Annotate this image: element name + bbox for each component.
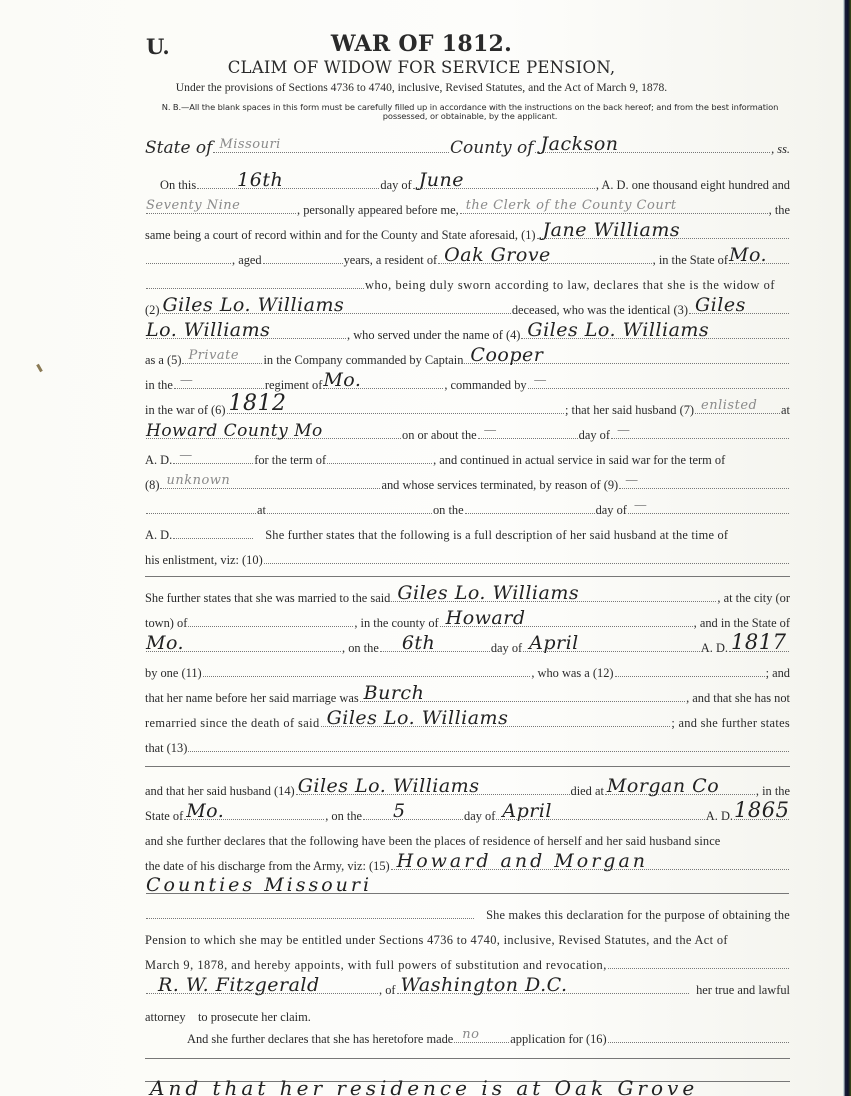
form-line-19: Mo. , on the 6th day of April A. D. 1817 xyxy=(145,641,790,656)
form-line-17: She further states that she was married … xyxy=(145,591,790,606)
line-text: that (13) xyxy=(145,741,187,756)
day-value: 16th xyxy=(237,169,283,191)
death-place: Morgan Co xyxy=(607,775,719,797)
marriage-state: Mo. xyxy=(146,632,184,654)
form-line-32: R. W. Fitzgerald , of Washington D.C. he… xyxy=(145,983,790,998)
regiment-number: — xyxy=(180,373,194,388)
enlist-month-field: — xyxy=(611,429,789,439)
state-value: Missouri xyxy=(219,137,280,152)
officer-field: the Clerk of the County Court xyxy=(460,204,768,214)
attorney-name-field: R. W. Fitzgerald xyxy=(146,984,378,994)
husband-name: Giles Lo. Williams xyxy=(162,294,344,316)
death-state-field: Mo. xyxy=(184,810,324,820)
blank-field xyxy=(146,254,231,264)
line-text: application for (16) xyxy=(510,1032,606,1047)
statement-13-field xyxy=(188,742,789,752)
day-field: 16th xyxy=(197,179,379,189)
claimant-name: Jane Williams xyxy=(543,219,681,241)
discharge-month-field: — xyxy=(628,504,789,514)
form-line-25: State of Mo. , on the 5 day of April A. … xyxy=(145,809,790,824)
blank-field xyxy=(146,279,364,289)
line-text: day of xyxy=(579,428,610,443)
form-line-3: same being a court of record within and … xyxy=(145,228,790,243)
line-text: , personally appeared before me, xyxy=(297,203,459,218)
marriage-day: 6th xyxy=(402,632,435,654)
form-line-18: town) of , in the county of Howard , and… xyxy=(145,616,790,631)
form-line-8: as a (5) Private in the Company commande… xyxy=(145,353,790,368)
state-field: Mo. xyxy=(729,254,789,264)
venue-line: State of Missouri County of Jackson , ss… xyxy=(145,138,790,158)
prior-application: no xyxy=(462,1027,479,1042)
form-line-28: Counties Missouri xyxy=(145,884,790,894)
line-text: the date of his discharge from the Army,… xyxy=(145,859,390,874)
year-value: Seventy Nine xyxy=(146,198,240,213)
form-line-16: his enlistment, viz: (10) xyxy=(145,553,790,568)
form-line-4: , aged years, a resident of Oak Grove , … xyxy=(145,253,790,268)
line-text: in the war of (6) xyxy=(145,403,226,418)
residence-field: Oak Grove xyxy=(438,254,651,264)
marriage-county: Howard xyxy=(446,607,526,629)
line-text: And she further declares that she has he… xyxy=(187,1032,453,1047)
enlist-day-field: — xyxy=(478,429,578,439)
residence-value: Oak Grove xyxy=(444,244,551,266)
provisions-text: Under the provisions of Sections 4736 to… xyxy=(0,81,843,94)
line-text: , the xyxy=(769,203,790,218)
captain-field: Cooper xyxy=(464,354,789,364)
regiment-state: Mo. xyxy=(323,369,361,391)
enlisted-field: enlisted xyxy=(695,404,780,414)
state-label: State of xyxy=(145,138,212,158)
attorney-city: Washington D.C. xyxy=(401,974,568,996)
line-text: who, being duly sworn according to law, … xyxy=(365,278,775,293)
description-rule xyxy=(145,575,790,577)
state-field: Missouri xyxy=(213,143,449,153)
marriage-month-field: April xyxy=(523,642,700,652)
document-page xyxy=(0,0,843,1096)
line-text: She further states that she was married … xyxy=(145,591,390,606)
claimant-field: Jane Williams xyxy=(537,229,789,239)
identical-name-cont-field: Lo. Williams xyxy=(146,329,346,339)
blank-field xyxy=(608,959,789,969)
form-line-11: Howard County Mo on or about the — day o… xyxy=(145,428,790,443)
line-text: , on the xyxy=(325,809,362,824)
death-month-field: April xyxy=(496,810,704,820)
line-text: at xyxy=(257,503,266,518)
prior-application-field: no xyxy=(454,1033,509,1043)
document-title: WAR OF 1812. xyxy=(0,31,843,57)
form-line-15: A. D. She further states that the follow… xyxy=(145,528,790,543)
deceased-name: Giles Lo. Williams xyxy=(327,707,509,729)
enlist-month: — xyxy=(617,423,631,438)
application-for-field xyxy=(608,1033,789,1043)
enlisted-value: enlisted xyxy=(701,398,757,413)
month-field: June xyxy=(413,179,595,189)
line-text: remarried since the death of said xyxy=(145,716,320,731)
line-text: , in the State of xyxy=(653,253,728,268)
form-line-14: at on the day of — xyxy=(145,503,790,518)
line-text: and she further declares that the follow… xyxy=(145,834,720,849)
regiment-state-field: Mo. xyxy=(323,379,443,389)
line-text: March 9, 1878, and hereby appoints, with… xyxy=(145,958,607,973)
line-text: years, a resident of xyxy=(344,253,438,268)
line-text: , who served under the name of (4) xyxy=(347,328,520,343)
termination-reason-field: — xyxy=(619,479,789,489)
marriage-day-field: 6th xyxy=(380,642,490,652)
form-line-31: March 9, 1878, and hereby appoints, with… xyxy=(145,958,790,973)
husband-name-field: Giles Lo. Williams xyxy=(160,304,510,314)
death-day-field: 5 xyxy=(363,810,463,820)
form-line-5: who, being duly sworn according to law, … xyxy=(145,278,790,293)
line-text: Pension to which she may be entitled und… xyxy=(145,933,728,948)
death-year-field: 1865 xyxy=(734,810,789,820)
discharge-month: — xyxy=(634,498,648,513)
line-text: A. D. xyxy=(145,453,172,468)
form-line-23: that (13) xyxy=(145,741,790,756)
death-month: April xyxy=(502,800,552,822)
line-text: , A. D. one thousand eight hundred and xyxy=(596,178,790,193)
line-text: his enlistment, viz: (10) xyxy=(145,553,263,568)
officiant-title-field xyxy=(615,667,765,677)
form-line-33: attorney to prosecute her claim. xyxy=(145,1010,790,1025)
enlist-year-field: — xyxy=(173,454,253,464)
marriage-town-field xyxy=(188,617,353,627)
line-text: , on the xyxy=(342,641,379,656)
line-text: ; and she further states xyxy=(671,716,790,731)
enlist-year: — xyxy=(179,448,193,463)
husband-death-name: Giles Lo. Williams xyxy=(298,775,480,797)
line-text: , and continued in actual service in sai… xyxy=(433,453,725,468)
line-text: A. D. xyxy=(145,528,172,543)
death-place-field: Morgan Co xyxy=(605,785,755,795)
officiant-field xyxy=(203,667,531,677)
marriage-county-field: Howard xyxy=(440,617,693,627)
line-text: , in the xyxy=(756,784,790,799)
county-field: Jackson xyxy=(535,143,771,153)
line-text: in the xyxy=(145,378,173,393)
service-term-field: unknown xyxy=(160,479,380,489)
war-year: 1812 xyxy=(229,391,287,416)
discharge-place-field xyxy=(267,504,432,514)
line-text: day of xyxy=(596,503,627,518)
line-text: day of xyxy=(380,178,411,193)
form-line-7: Lo. Williams , who served under the name… xyxy=(145,328,790,343)
enlist-place: Howard County Mo xyxy=(146,421,323,441)
rank-field: Private xyxy=(182,354,262,364)
officer-value: the Clerk of the County Court xyxy=(466,198,677,213)
line-text: , who was a (12) xyxy=(531,666,613,681)
scan-edge xyxy=(843,0,851,1096)
discharge-day-field xyxy=(465,504,595,514)
description-field xyxy=(264,554,789,564)
line-text: On this xyxy=(160,178,196,193)
death-year: 1865 xyxy=(734,798,789,822)
form-line-29: She makes this declaration for the purpo… xyxy=(145,908,790,923)
marriage-state-field: Mo. xyxy=(146,642,341,652)
death-state: Mo. xyxy=(186,800,224,822)
line-text: , at the city (or xyxy=(717,591,790,606)
maiden-name-field: Burch xyxy=(360,692,685,702)
form-line-2: Seventy Nine , personally appeared befor… xyxy=(145,203,790,218)
application-rule-1 xyxy=(145,1057,790,1059)
line-text: her true and lawful xyxy=(696,983,790,998)
line-text: as a (5) xyxy=(145,353,181,368)
line-text: ; that her said husband (7) xyxy=(565,403,694,418)
death-day: 5 xyxy=(393,800,406,822)
marriage-month: April xyxy=(529,632,579,654)
ss-label: , ss. xyxy=(771,142,790,157)
enlist-day: — xyxy=(484,423,498,438)
line-text: day of xyxy=(491,641,522,656)
captain-name: Cooper xyxy=(470,344,543,366)
blank-field xyxy=(146,504,256,514)
form-line-30: Pension to which she may be entitled und… xyxy=(145,933,790,948)
identical-name: Giles xyxy=(695,294,746,316)
enlist-place-field: Howard County Mo xyxy=(146,429,401,439)
line-text: attorney to prosecute her claim. xyxy=(145,1010,311,1025)
residences-cont: Counties Missouri xyxy=(146,874,372,896)
married-to: Giles Lo. Williams xyxy=(397,582,579,604)
line-text: , of xyxy=(379,983,396,998)
form-line-21: that her name before her said marriage w… xyxy=(145,691,790,706)
line-text: , and in the State of xyxy=(694,616,790,631)
form-line-12: A. D. — for the term of , and continued … xyxy=(145,453,790,468)
residences-field: Howard and Morgan xyxy=(391,860,789,870)
county-value: Jackson xyxy=(541,133,619,155)
marriage-year-field: 1817 xyxy=(729,642,789,652)
served-name: Giles Lo. Williams xyxy=(527,319,709,341)
line-text: on the xyxy=(433,503,464,518)
husband-death-name-field: Giles Lo. Williams xyxy=(296,785,570,795)
line-text: that her name before her said marriage w… xyxy=(145,691,359,706)
form-line-24: and that her said husband (14) Giles Lo.… xyxy=(145,784,790,799)
line-text: , in the county of xyxy=(354,616,438,631)
line-text: same being a court of record within and … xyxy=(145,228,536,243)
discharge-year-field xyxy=(173,529,253,539)
line-text: A. D. xyxy=(706,809,733,824)
line-text: She further states that the following is… xyxy=(265,528,728,543)
line-text: (8) xyxy=(145,478,159,493)
commander-value: — xyxy=(534,373,548,388)
line-text: , and that she has not xyxy=(686,691,790,706)
form-line-27: the date of his discharge from the Army,… xyxy=(145,859,790,874)
line-text: , commanded by xyxy=(444,378,526,393)
line-text: day of xyxy=(464,809,495,824)
line-text: , aged xyxy=(232,253,262,268)
term-field xyxy=(327,454,432,464)
form-line-1: On this 16th day of June , A. D. one tho… xyxy=(145,178,790,193)
line-text: A. D. xyxy=(701,641,728,656)
war-year-field: 1812 xyxy=(227,404,564,414)
commander-field: — xyxy=(528,379,789,389)
termination-reason: — xyxy=(625,473,639,488)
instruction-note: N. B.—All the blank spaces in this form … xyxy=(145,103,795,121)
month-value: June xyxy=(419,169,464,191)
residences-cont-field: Counties Missouri xyxy=(146,884,789,894)
deceased-name-field: Giles Lo. Williams xyxy=(321,717,671,727)
identical-name-cont: Lo. Williams xyxy=(146,319,270,341)
line-text: ; and xyxy=(766,666,790,681)
line-text: at xyxy=(781,403,790,418)
state-value: Mo. xyxy=(729,244,767,266)
age-field xyxy=(263,254,343,264)
statement-13-rule xyxy=(145,765,790,767)
line-text: town) of xyxy=(145,616,187,631)
form-line-6: (2) Giles Lo. Williams deceased, who was… xyxy=(145,303,790,318)
maiden-name: Burch xyxy=(364,682,425,704)
year-field: Seventy Nine xyxy=(146,204,296,214)
line-text: She makes this declaration for the purpo… xyxy=(486,908,790,923)
identical-name-field: Giles xyxy=(689,304,789,314)
document-subtitle: CLAIM OF WIDOW FOR SERVICE PENSION, xyxy=(0,58,843,77)
line-text: deceased, who was the identical (3) xyxy=(512,303,688,318)
form-line-20: by one (11) , who was a (12) ; and xyxy=(145,666,790,681)
line-text: and that her said husband (14) xyxy=(145,784,295,799)
county-label: County of xyxy=(450,138,534,158)
married-to-field: Giles Lo. Williams xyxy=(391,592,716,602)
marriage-year: 1817 xyxy=(731,630,786,654)
blank-field xyxy=(146,909,474,919)
line-text: in the Company commanded by Captain xyxy=(263,353,463,368)
form-line-34: And she further declares that she has he… xyxy=(145,1032,790,1047)
line-text: and whose services terminated, by reason… xyxy=(381,478,618,493)
served-name-field: Giles Lo. Williams xyxy=(521,329,789,339)
line-text: on or about the xyxy=(402,428,477,443)
form-line-10: in the war of (6) 1812 ; that her said h… xyxy=(145,403,790,418)
regiment-number-field: — xyxy=(174,379,264,389)
form-line-22: remarried since the death of said Giles … xyxy=(145,716,790,731)
line-text: for the term of xyxy=(254,453,326,468)
form-line-13: (8) unknown and whose services terminate… xyxy=(145,478,790,493)
line-text: by one (11) xyxy=(145,666,202,681)
residences-value: Howard and Morgan xyxy=(397,850,648,872)
form-line-26: and she further declares that the follow… xyxy=(145,834,790,849)
line-text: State of xyxy=(145,809,183,824)
attorney-city-field: Washington D.C. xyxy=(397,984,690,994)
residence-statement: And that her residence is at Oak Grove xyxy=(150,1076,698,1096)
line-text: (2) xyxy=(145,303,159,318)
rank-value: Private xyxy=(188,348,239,363)
service-term: unknown xyxy=(166,473,230,488)
line-text: died at xyxy=(571,784,604,799)
attorney-name: R. W. Fitzgerald xyxy=(158,974,320,996)
